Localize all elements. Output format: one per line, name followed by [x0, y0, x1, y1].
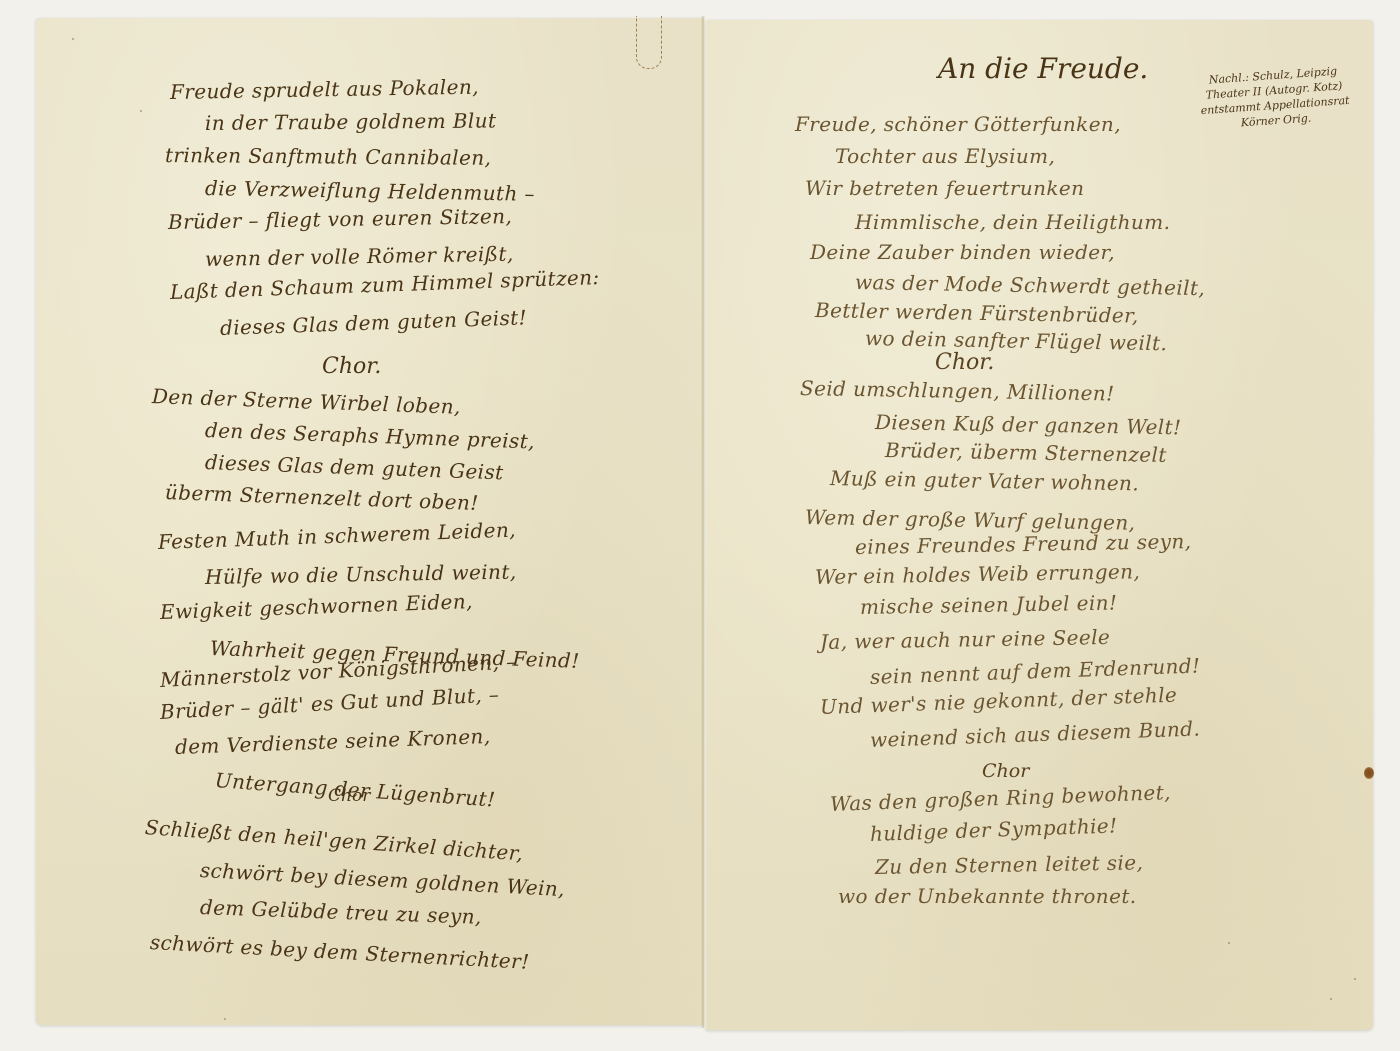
manuscript-line: wo der Unbekannte thronet. [838, 884, 1137, 908]
manuscript-line: Zu den Sternen leitet sie, [875, 850, 1144, 879]
paper-speck [224, 1018, 226, 1020]
manuscript-line: Ja, wer auch nur eine Seele [820, 625, 1111, 654]
chorus-heading: Chor. [935, 350, 994, 375]
archival-note: Nachl.: Schulz, Leipzig Theater II (Auto… [1198, 63, 1351, 133]
manuscript-title: An die Freude. [938, 52, 1148, 85]
manuscript-line: Brüder, überm Sternenzelt [885, 438, 1167, 467]
manuscript-line: Deine Zauber binden wieder, [810, 240, 1115, 264]
manuscript-line: Tochter aus Elysium, [835, 144, 1055, 168]
chorus-heading: Chor [328, 786, 370, 806]
paper-speck [72, 38, 74, 40]
paper-speck [1330, 998, 1332, 1000]
manuscript-line: Wir betreten feuertrunken [805, 176, 1084, 200]
binding-thread-mark [636, 16, 662, 69]
paper-speck [140, 110, 142, 112]
chorus-heading: Chor. [322, 354, 381, 379]
page-fold [701, 16, 707, 1028]
manuscript-line: mische seinen Jubel ein! [860, 591, 1118, 619]
manuscript-line: Himmlische, dein Heiligthum. [855, 210, 1170, 234]
manuscript-line: in der Traube goldnem Blut [205, 108, 497, 135]
paper-speck [1228, 942, 1230, 944]
manuscript-line: trinken Sanftmuth Cannibalen, [165, 143, 492, 170]
manuscript-line: Freude, schöner Götterfunken, [795, 112, 1121, 136]
ink-stain [1364, 767, 1374, 779]
chorus-heading: Chor [982, 760, 1029, 782]
paper-speck [1354, 978, 1356, 980]
